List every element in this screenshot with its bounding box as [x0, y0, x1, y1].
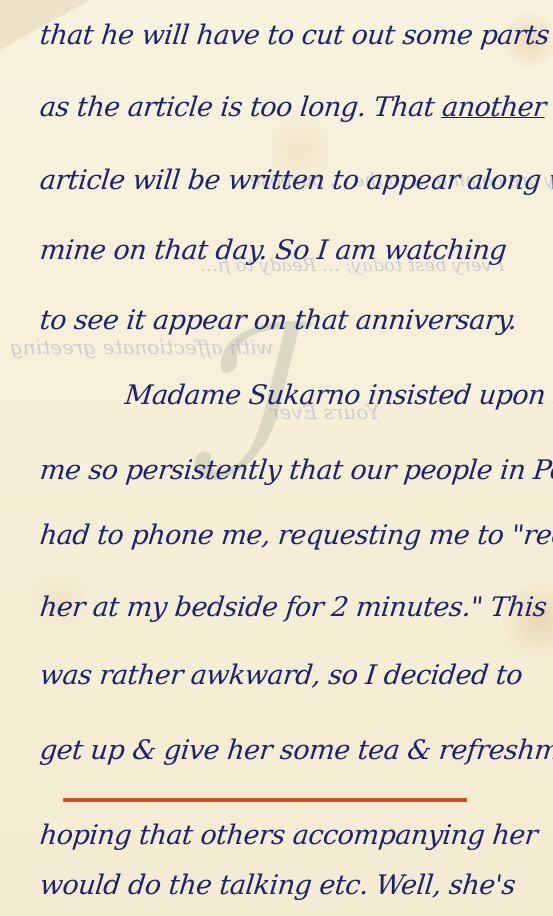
text-line: as the article is too long. That another [38, 92, 553, 123]
text-line-part: as the article is too long. That [38, 92, 444, 123]
text-line: her at my bedside for 2 minutes." This [38, 592, 553, 623]
text-line: mine on that day. So I am watching [38, 235, 553, 266]
text-line: article will be written to appear along … [38, 165, 553, 196]
text-line: me so persistently that our people in Pe… [38, 455, 553, 486]
underlined-word: another [441, 92, 548, 123]
text-line: would do the talking etc. Well, she's [38, 870, 553, 901]
text-line: to see it appear on that anniversary. [38, 305, 553, 336]
bleed-through-line: with affectionate greeting [10, 335, 274, 359]
text-line: was rather awkward, so I decided to [38, 660, 553, 691]
text-line: hoping that others accompanying her [38, 820, 553, 851]
red-underline-rule [63, 798, 467, 802]
text-line: Madame Sukarno insisted upon seeing [123, 380, 553, 411]
text-line: get up & give her some tea & refreshment… [38, 735, 553, 766]
text-line: had to phone me, requesting me to "recei… [38, 520, 553, 551]
text-line: that he will have to cut out some parts [38, 20, 553, 51]
